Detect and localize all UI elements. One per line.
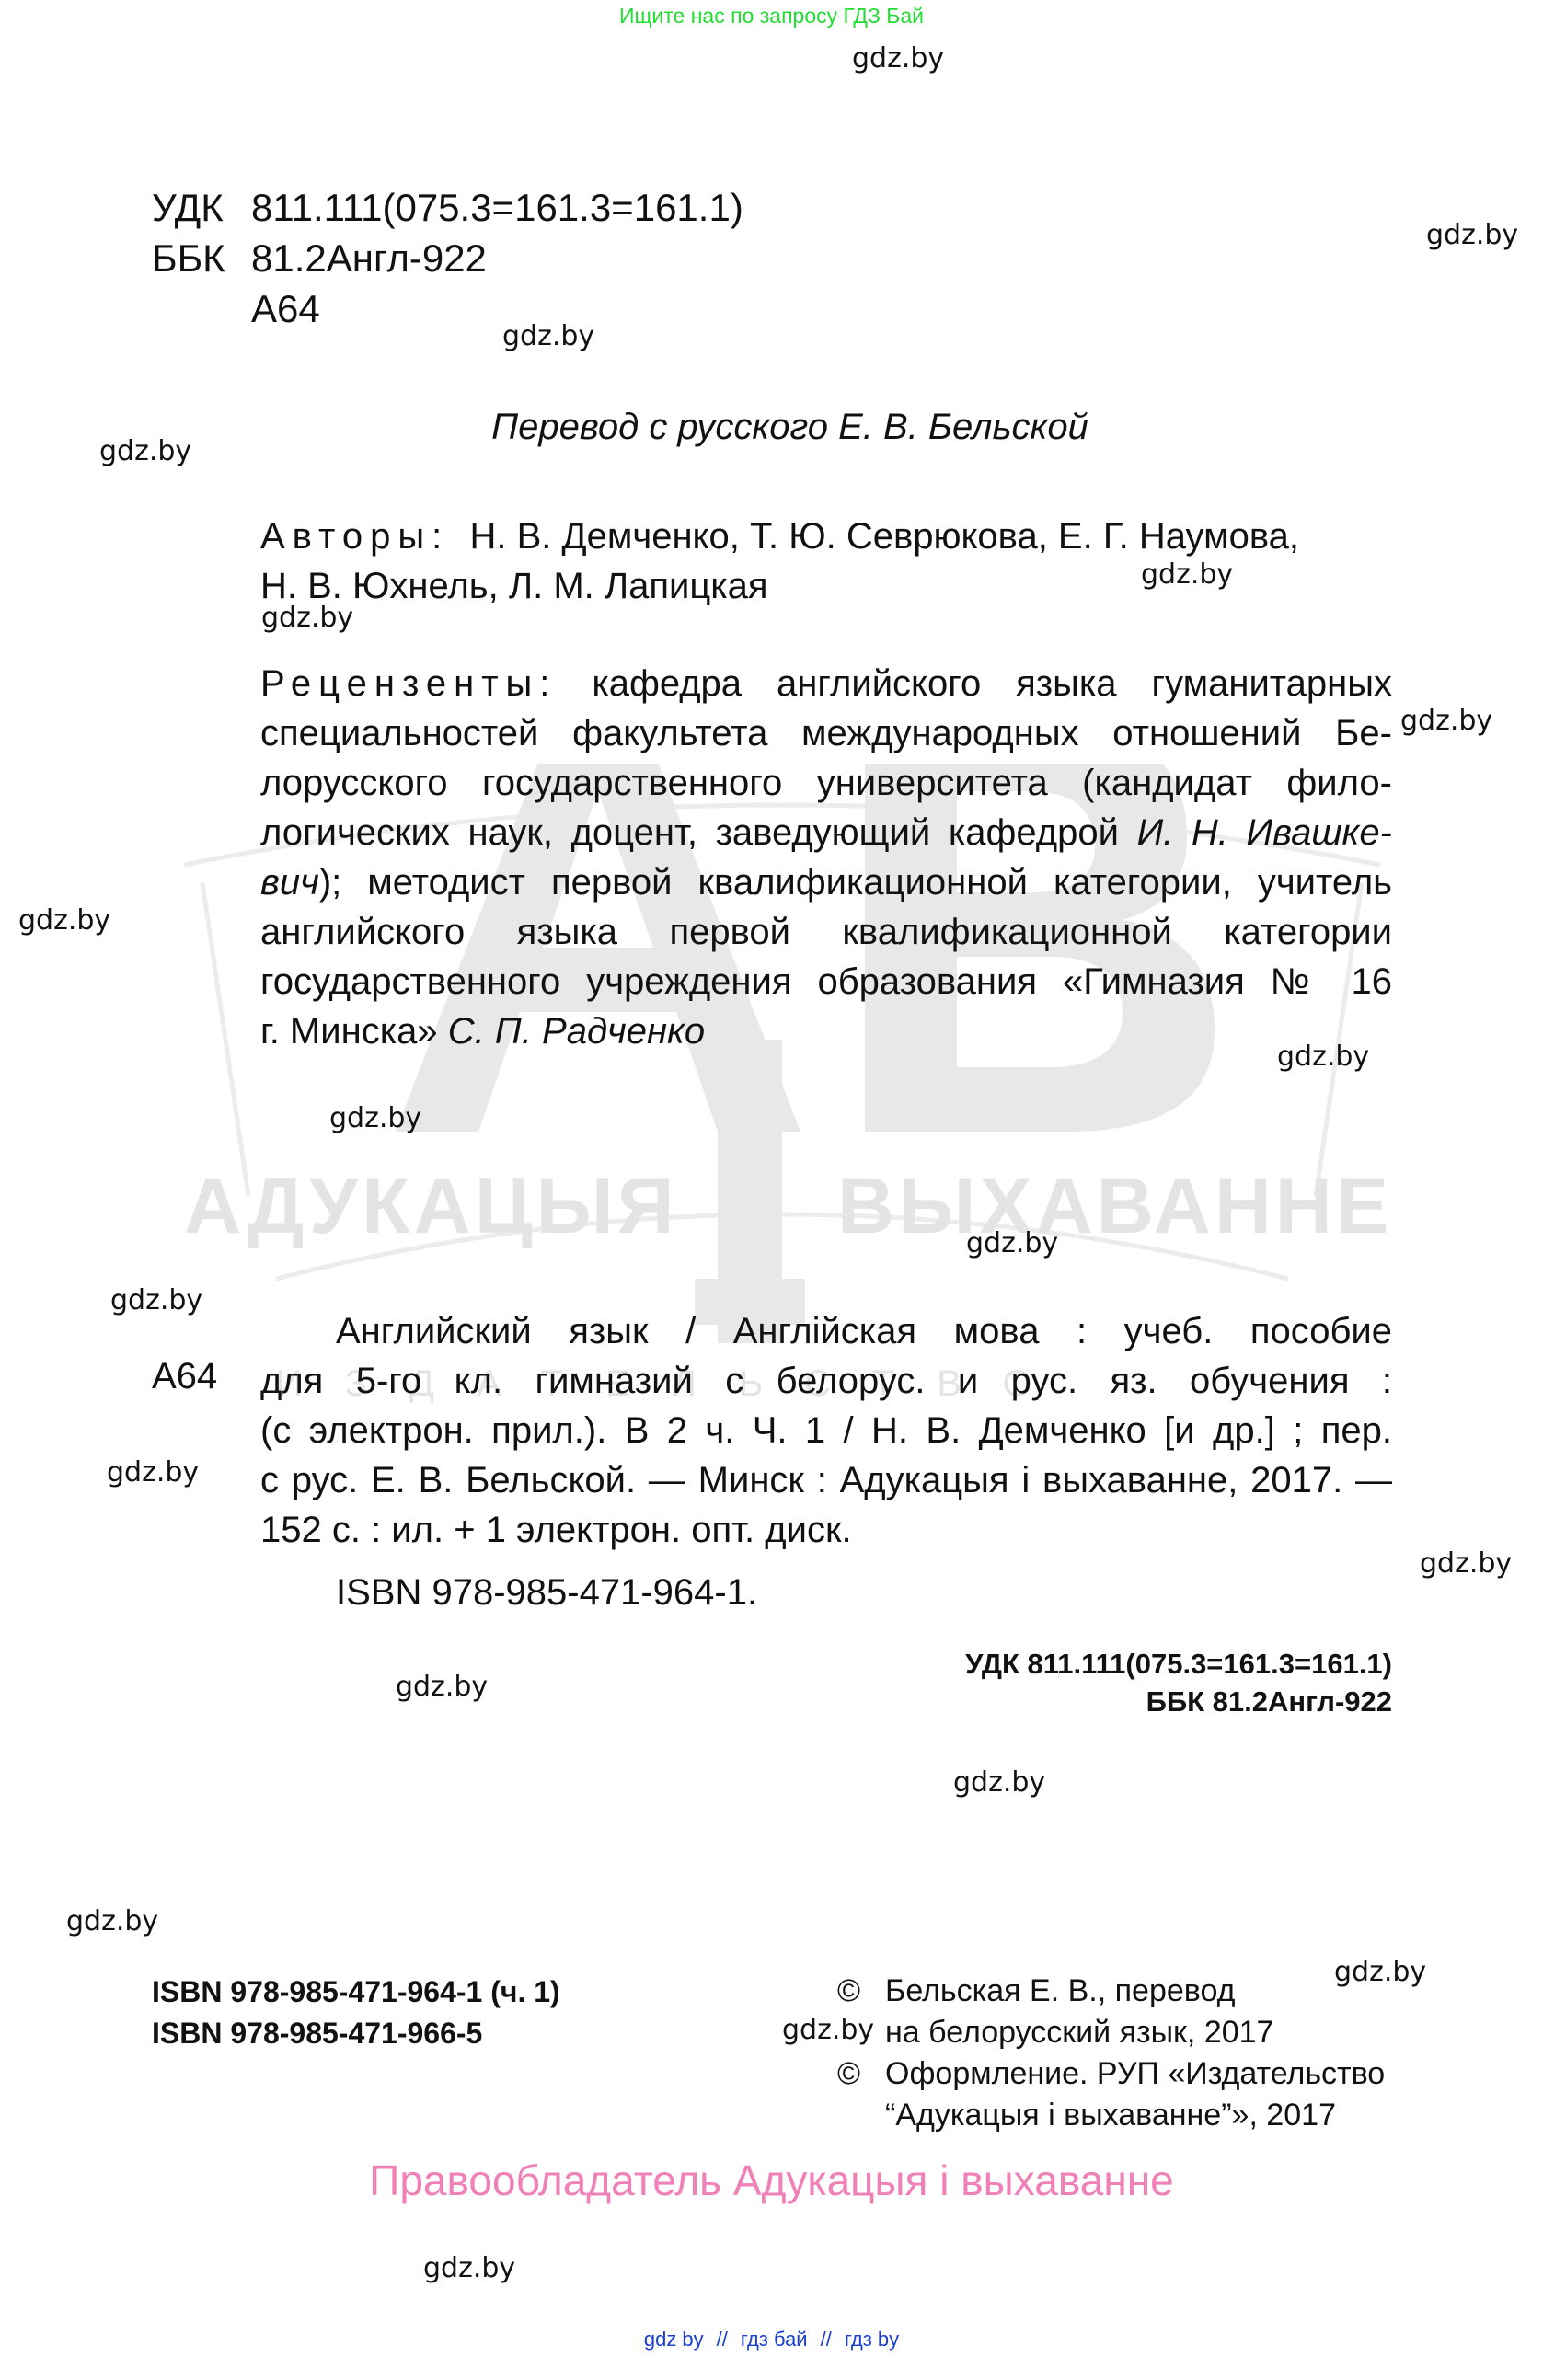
emblem-left-word: АДУКАЦЫЯ <box>184 1162 678 1250</box>
footer-links: gdz by//гдз бай//гдз by <box>0 2328 1543 2351</box>
footer-link-gdz-by-cyr[interactable]: гдз by <box>845 2328 899 2351</box>
reviewers-block: Рецензенты: кафедра английского языка гу… <box>260 659 1392 1056</box>
emblem-right-word: ВЫХАВАННЕ <box>837 1162 1392 1250</box>
site-watermark: gdz.by <box>107 1456 199 1489</box>
authors-line-1: Н. В. Демченко, Т. Ю. Севрюкова, Е. Г. Н… <box>470 516 1299 557</box>
second-reviewer: С. П. Радченко <box>448 1011 705 1052</box>
isbn-total: ISBN 978-985-471-966-5 <box>152 2013 560 2054</box>
footer-link-gdz-by[interactable]: gdz by <box>644 2328 704 2351</box>
bbk-label: ББК <box>152 233 251 283</box>
site-watermark: gdz.by <box>396 1671 488 1703</box>
site-watermark: gdz.by <box>852 42 944 75</box>
site-watermark: gdz.by <box>18 904 110 937</box>
udk-label: УДК <box>152 182 251 233</box>
bbk-value: 81.2Англ-922 <box>251 233 487 283</box>
site-watermark: gdz.by <box>953 1766 1045 1799</box>
site-watermark: gdz.by <box>1426 219 1518 251</box>
copyright-icon: © <box>837 1971 885 2012</box>
bibliographic-record: Английский язык / Англійская мова : учеб… <box>260 1306 1392 1617</box>
isbn-part: ISBN 978-985-471-964-1 (ч. 1) <box>152 1972 560 2013</box>
copyright-block: ©Бельская Е. В., перевод на белорусский … <box>837 1971 1385 2136</box>
search-banner: Ищите нас по запросу ГДЗ Бай <box>0 4 1543 29</box>
translation-credit: Перевод с русского Е. В. Бельской <box>0 407 1543 448</box>
authors-label: Авторы: <box>260 516 449 557</box>
rights-holder: Правообладатель Адукацыя і выхаванне <box>0 2156 1543 2205</box>
site-watermark: gdz.by <box>66 1905 158 1937</box>
head-of-department: И. Н. Ивашке- <box>1137 812 1392 853</box>
udk-summary: УДК 811.111(075.3=161.3=161.1) <box>965 1645 1392 1683</box>
bbk-summary: ББК 81.2Англ-922 <box>965 1683 1392 1720</box>
copyright-icon: © <box>837 2053 885 2095</box>
site-watermark: gdz.by <box>110 1284 202 1316</box>
isbn-block: ISBN 978-985-471-964-1 (ч. 1) ISBN 978-9… <box>152 1972 560 2054</box>
authors-block: Авторы: Н. В. Демченко, Т. Ю. Севрюкова,… <box>260 512 1392 611</box>
site-watermark: gdz.by <box>966 1227 1058 1259</box>
site-watermark: gdz.by <box>1420 1547 1512 1580</box>
reviewers-label: Рецензенты: <box>260 663 557 704</box>
udk-value: 811.111(075.3=161.3=161.1) <box>251 182 743 233</box>
site-watermark: gdz.by <box>329 1102 421 1134</box>
authors-line-2: Н. В. Юхнель, Л. М. Лапицкая <box>260 561 1392 611</box>
author-mark: А64 <box>251 283 320 334</box>
site-watermark: gdz.by <box>423 2252 515 2284</box>
bibliographic-author-mark: А64 <box>152 1356 217 1397</box>
udk-bbk-summary: УДК 811.111(075.3=161.3=161.1) ББК 81.2А… <box>965 1645 1392 1720</box>
classification-codes: УДК811.111(075.3=161.3=161.1) ББК81.2Анг… <box>152 182 743 334</box>
site-watermark: gdz.by <box>1400 705 1492 737</box>
footer-link-gdz-bai[interactable]: гдз бай <box>741 2328 808 2351</box>
isbn-line: ISBN 978-985-471-964-1. <box>260 1568 1392 1617</box>
